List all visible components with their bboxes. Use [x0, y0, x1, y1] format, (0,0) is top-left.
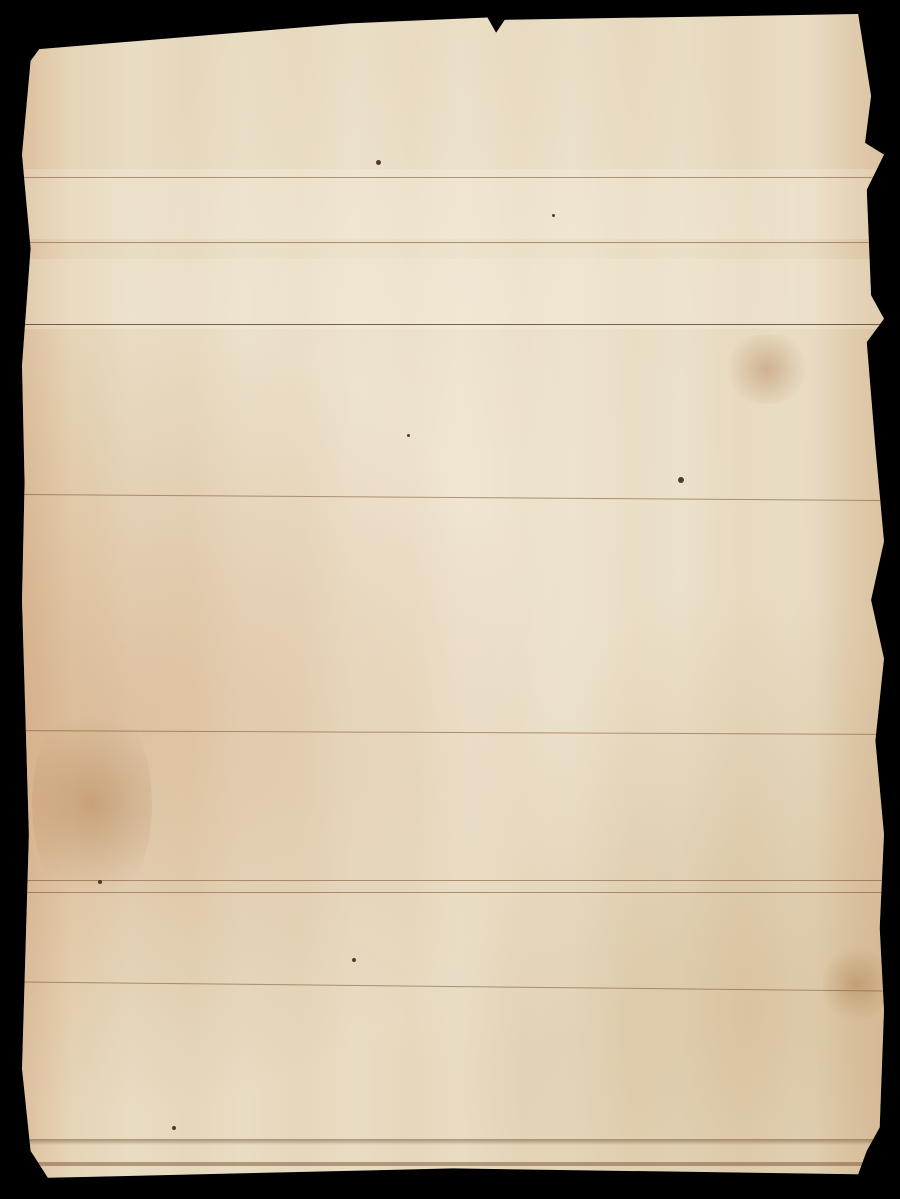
stain: [822, 944, 892, 1024]
stain: [722, 334, 812, 404]
fold-line: [22, 242, 884, 243]
ink-spot: [98, 880, 102, 884]
bottom-fold: [22, 1139, 884, 1145]
ink-spot: [552, 214, 555, 217]
fold-line: [22, 880, 884, 881]
bottom-fold: [22, 1162, 884, 1166]
ink-spot: [352, 958, 356, 962]
fold-line: [22, 324, 884, 325]
paper-fold-band: [22, 259, 884, 329]
paper-fold-band: [22, 169, 884, 239]
stain: [32, 694, 152, 914]
aged-paper-sheet: [22, 14, 884, 1186]
ink-spot: [678, 477, 684, 483]
ink-spot: [172, 1126, 176, 1130]
ink-spot: [376, 160, 381, 165]
fold-line: [22, 494, 884, 501]
fold-line: [22, 177, 884, 178]
fold-line: [22, 981, 884, 991]
ink-spot: [407, 434, 410, 437]
fold-line: [22, 892, 884, 893]
fold-line: [22, 730, 884, 735]
